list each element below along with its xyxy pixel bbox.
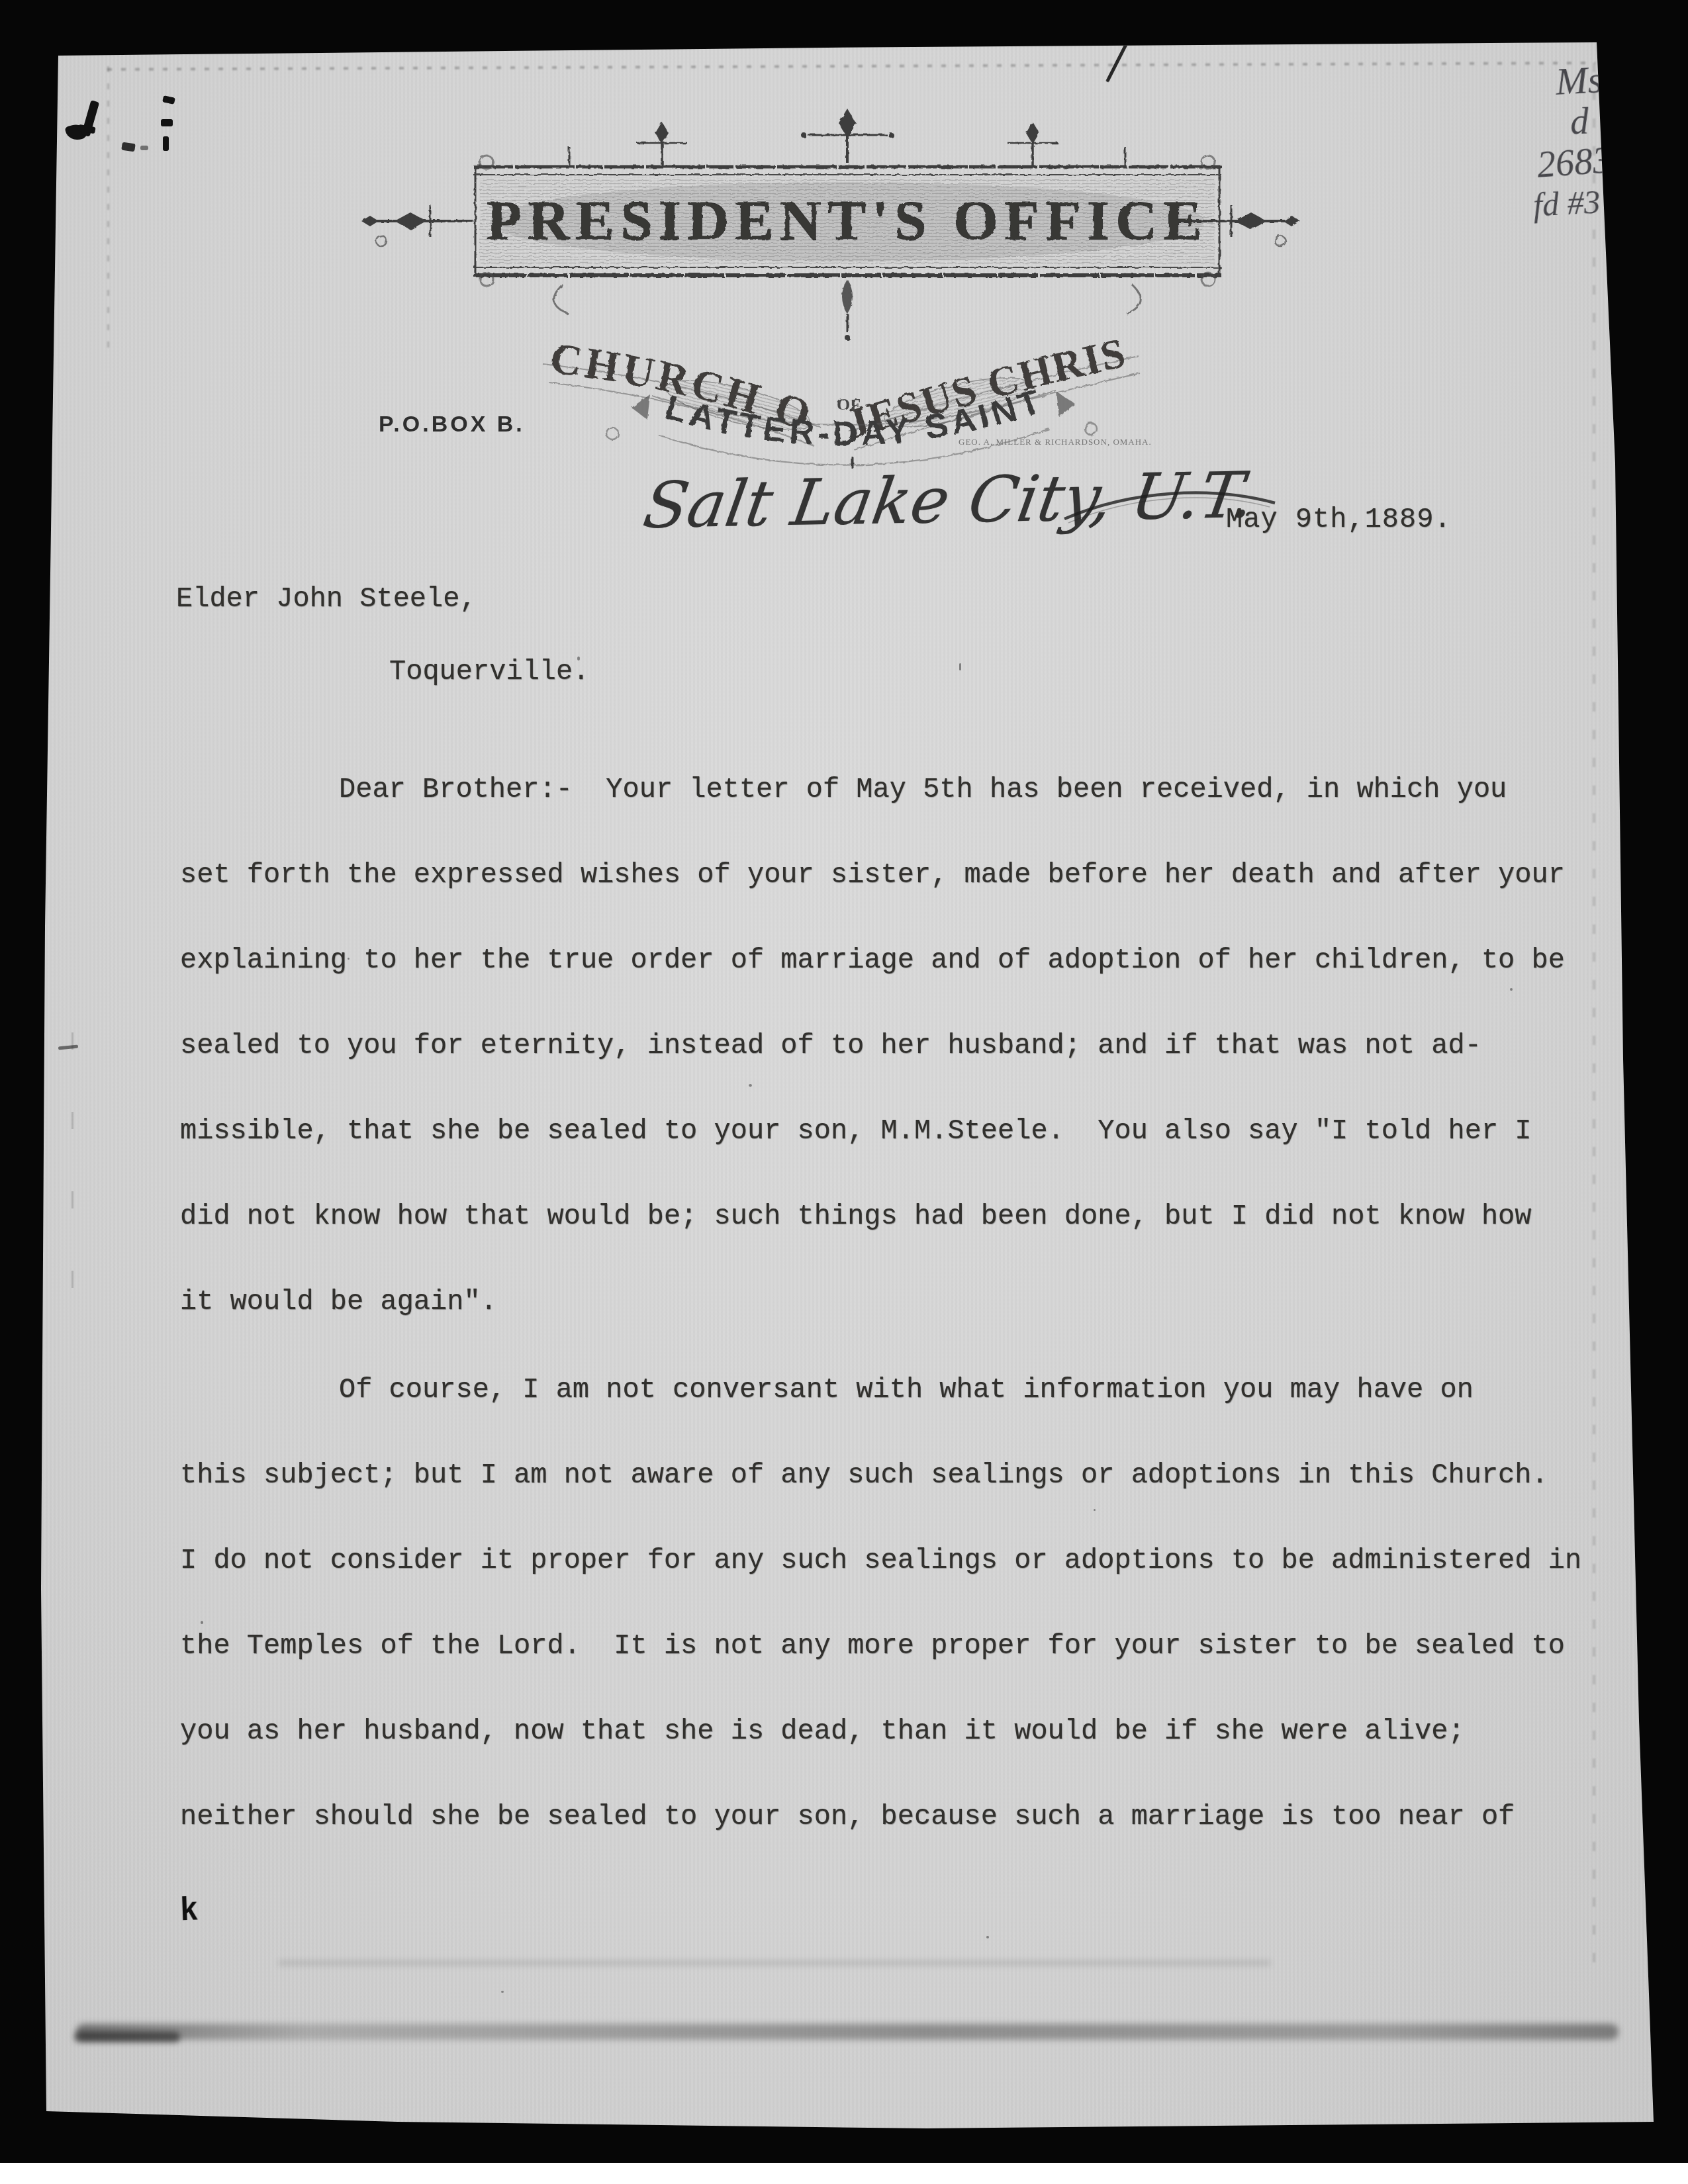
- typed-line: set forth the expressed wishes of your s…: [180, 833, 1623, 918]
- recipient-line: Elder John Steele,: [176, 579, 477, 619]
- typed-line: sealed to you for eternity, instead of t…: [180, 1003, 1623, 1089]
- stray-type-mark: k: [179, 1892, 199, 1930]
- left-margin-ticks: [71, 1032, 73, 1310]
- left-crease: [107, 66, 109, 351]
- scanned-letter-page: Ms d 2683 fd #3: [0, 0, 1688, 2184]
- letter-paper: Ms d 2683 fd #3: [0, 0, 1688, 2184]
- svg-text:CHURCH OF: CHURCH OF: [351, 99, 820, 441]
- typed-line: explaining to her the true order of marr…: [180, 918, 1623, 1003]
- printer-imprint: GEO. A. MILLER & RICHARDSON, OMAHA.: [959, 437, 1152, 447]
- typed-line: neither should she be sealed to your son…: [180, 1774, 1623, 1860]
- typed-line: the Temples of the Lord. It is not any m…: [180, 1604, 1623, 1689]
- top-edge-crease: [107, 62, 1595, 71]
- speck: [986, 1936, 989, 1938]
- typed-line: Dear Brother:- Your letter of May 5th ha…: [180, 747, 1623, 833]
- letter-paragraph: Dear Brother:- Your letter of May 5th ha…: [180, 747, 1623, 1345]
- typed-line: missible, that she be sealed to your son…: [180, 1089, 1623, 1174]
- bottom-fold-smudge: [76, 2024, 1618, 2040]
- speck: [959, 663, 961, 670]
- typed-line: this subject; but I am not aware of any …: [180, 1433, 1623, 1518]
- po-box-label: P.O.BOX B.: [379, 412, 525, 437]
- ink-mark: [162, 95, 175, 105]
- ink-mark: [121, 142, 135, 152]
- typed-line: it would be again".: [180, 1259, 1623, 1345]
- ink-mark: [58, 1044, 78, 1050]
- bottom-smudge-blob: [74, 2032, 180, 2042]
- archival-note-line: 2683: [1536, 139, 1613, 187]
- ink-mark: [163, 136, 169, 151]
- office-title-text: PRESIDENT'S OFFICE: [487, 191, 1208, 252]
- archival-note-line: fd #3: [1532, 182, 1601, 224]
- ink-mark: [161, 119, 173, 126]
- typed-line: did not know how that would be; such thi…: [180, 1174, 1623, 1259]
- finial-ornaments: [569, 109, 1125, 165]
- letter-paragraph: Of course, I am not conversant with what…: [180, 1347, 1623, 1860]
- typed-line: you as her husband, now that she is dead…: [180, 1689, 1623, 1774]
- ink-mark: [140, 146, 148, 150]
- speck: [501, 1991, 504, 1993]
- typed-date: May 9th,1889.: [1226, 500, 1452, 539]
- archival-note-line: d: [1570, 101, 1589, 144]
- drop-ornament: [554, 279, 1141, 340]
- ribbon-of-text: OF: [837, 395, 861, 414]
- ribbon-left-text: CHURCH OF: [351, 99, 820, 441]
- archival-note-line: Ms: [1554, 57, 1603, 104]
- recipient-place: Toquerville.: [389, 652, 589, 692]
- typed-line: I do not consider it proper for any such…: [180, 1518, 1623, 1604]
- faint-smudge: [278, 1960, 1271, 1966]
- typed-line: Of course, I am not conversant with what…: [180, 1347, 1623, 1433]
